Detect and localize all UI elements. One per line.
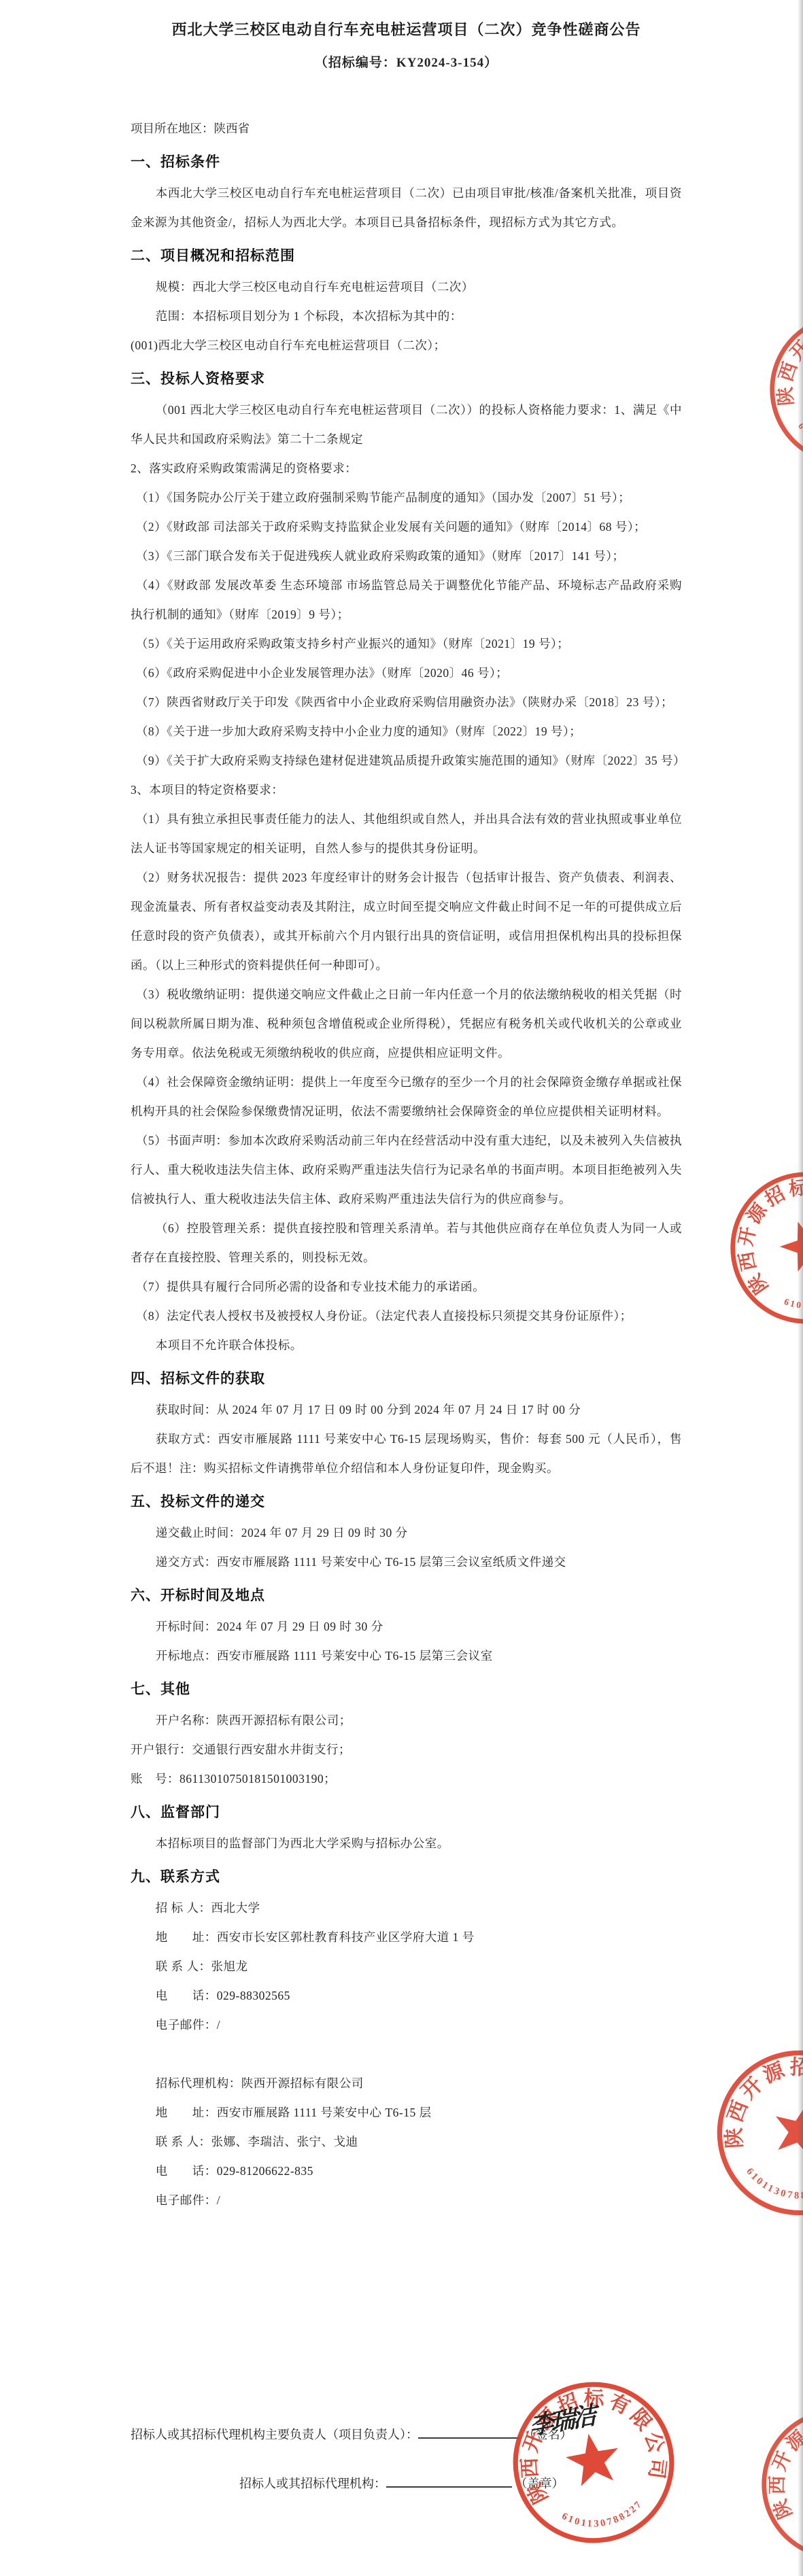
paragraph: 电 话：029-81206622-835 [131,2157,682,2186]
paragraph: （8）法定代表人授权书及被授权人身份证。（法定代表人直接投标只须提交其身份证原件… [131,1302,682,1331]
svg-text:6101130788227: 6101130788227 [558,2497,647,2536]
paragraph: 2、落实政府采购政策需满足的资格要求： [131,454,682,483]
section-heading: 三、投标人资格要求 [131,364,682,394]
paragraph: 电 话：029-88302565 [131,1981,682,2011]
paragraph: 招 标 人：西北大学 [131,1894,682,1923]
paragraph: （5）《关于运用政府采购政策支持乡村产业振兴的通知》（财库〔2021〕19 号）… [131,629,682,659]
partial-seal-corner-icon: 陕西开源招标有限公司 6101130788227 [751,2399,803,2571]
project-region: 项目所在地区：陕西省 [131,114,682,143]
svg-text:陕西开源招标有限公司: 陕西开源招标有限公司 [759,2406,803,2523]
paragraph: （5）书面声明：参加本次政府采购活动前三年内在经营活动中没有重大违纪，以及未被列… [131,1126,682,1214]
section-heading: 九、联系方式 [131,1862,682,1892]
paragraph: 地 址：西安市长安区郭杜教育科技产业区学府大道 1 号 [131,1923,682,1952]
paragraph: 开标时间：2024 年 07 月 29 日 09 时 30 分 [131,1612,682,1641]
paragraph: 递交截止时间：2024 年 07 月 29 日 09 时 30 分 [131,1518,682,1548]
section-heading: 八、监督部门 [131,1798,682,1828]
paragraph: 3、本项目的特定资格要求： [131,776,682,805]
section-heading: 六、开标时间及地点 [131,1581,682,1611]
paragraph: 电子邮件：/ [131,2186,682,2215]
paragraph: （9）《关于扩大政府采购支持绿色建材促进建筑品质提升政策实施范围的通知》（财库〔… [131,746,682,776]
paragraph: 招标代理机构：陕西开源招标有限公司 [131,2069,682,2098]
paragraph: （7）提供具有履行合同所必需的设备和专业技术能力的承诺函。 [131,1272,682,1302]
paragraph: （2）《财政部 司法部关于政府采购支持监狱企业发展有关问题的通知》（财库〔201… [131,512,682,542]
signature-blank-line [418,2426,520,2439]
paragraph: （3）《三部门联合发布关于促进残疾人就业政府采购政策的通知》（财库〔2017〕1… [131,542,682,571]
paragraph: （6）《政府采购促进中小企业发展管理办法》（财库〔2020〕46 号）； [131,659,682,688]
section-heading: 一、招标条件 [131,147,682,177]
document-title: 西北大学三校区电动自行车充电桩运营项目（二次）竞争性磋商公告 [131,18,682,42]
paragraph: （4）《财政部 发展改革委 生态环境部 市场监管总局关于调整优化节能产品、环境标… [131,571,682,629]
paragraph: 本招标项目的监督部门为西北大学采购与招标办公室。 [131,1829,682,1858]
paragraph: （4）社会保障资金缴纳证明：提供上一年度至今已缴存的至少一个月的社会保障资金缴存… [131,1068,682,1126]
paragraph: 地 址：西安市雁展路 1111 号莱安中心 T6-15 层 [131,2098,682,2127]
paragraph: 规模：西北大学三校区电动自行车充电桩运营项目（二次） [131,273,682,302]
paragraph: 本西北大学三校区电动自行车充电桩运营项目（二次）已由项目审批/核准/备案机关批准… [131,179,682,237]
agency-stamp-suffix: （盖章） [515,2477,564,2490]
paragraph: 联 系 人：张娜、李瑞洁、张宁、戈迪 [131,2127,682,2157]
paragraph: 电子邮件：/ [131,2011,682,2040]
section-heading: 四、招标文件的获取 [131,1364,682,1394]
paragraph: 账 号：86113010750181501003190； [131,1764,682,1794]
paragraph: （8）《关于进一步加大政府采购支持中小企业力度的通知》（财库〔2022〕19 号… [131,717,682,746]
paragraph: 联 系 人：张旭龙 [131,1952,682,1981]
scan-edge-shadow [798,0,803,2576]
paragraph: （001 西北大学三校区电动自行车充电桩运营项目（二次））的投标人资格能力要求：… [131,396,682,454]
document-body: 一、招标条件本西北大学三校区电动自行车充电桩运营项目（二次）已由项目审批/核准/… [131,147,682,2215]
section-heading: 二、项目概况和招标范围 [131,241,682,271]
stamp-blank-line [386,2475,512,2488]
section-heading: 五、投标文件的递交 [131,1487,682,1517]
principal-signature-label: 招标人或其招标代理机构主要负责人（项目负责人）： [131,2428,418,2441]
signature-block: 招标人或其招标代理机构主要负责人（项目负责人）： （签名） 招标人或其招标代理机… [131,2425,701,2493]
agency-stamp-label: 招标人或其招标代理机构： [239,2477,386,2490]
principal-signature-line: 招标人或其招标代理机构主要负责人（项目负责人）： （签名） [131,2425,701,2444]
paragraph: 获取方式：西安市雁展路 1111 号莱安中心 T6-15 层现场购买，售价：每套… [131,1425,682,1483]
paragraph: 获取时间：从 2024 年 07 月 17 日 09 时 00 分到 2024 … [131,1395,682,1425]
paragraph [131,2040,682,2069]
paragraph: （1）具有独立承担民事责任能力的法人、其他组织或自然人，并出具合法有效的营业执照… [131,805,682,863]
agency-stamp-line: 招标人或其招标代理机构： （盖章） [239,2474,701,2493]
paragraph: 范围：本招标项目划分为 1 个标段，本次招标为其中的： [131,302,682,331]
section-heading: 七、其他 [131,1675,682,1705]
paragraph: （7）陕西省财政厅关于印发《陕西省中小企业政府采购信用融资办法》（陕财办采〔20… [131,688,682,717]
paragraph: （2）财务状况报告：提供 2023 年度经审计的财务会计报告（包括审计报告、资产… [131,863,682,980]
paragraph: （3）税收缴纳证明：提供递交响应文件截止之日前一年内任意一个月的依法缴纳税收的相… [131,980,682,1068]
paragraph: （1）《国务院办公厅关于建立政府强制采购节能产品制度的通知》（国办发〔2007〕… [131,483,682,512]
document-page: 西北大学三校区电动自行车充电桩运营项目（二次）竞争性磋商公告 （招标编号：KY2… [0,0,803,2576]
paragraph: 开户名称：陕西开源招标有限公司； [131,1706,682,1735]
paragraph: 开标地点：西安市雁展路 1111 号莱安中心 T6-15 层第三会议室 [131,1641,682,1671]
paragraph: (001)西北大学三校区电动自行车充电桩运营项目（二次）； [131,331,682,360]
paragraph: 本项目不允许联合体投标。 [131,1331,682,1360]
document-content: 西北大学三校区电动自行车充电桩运营项目（二次）竞争性磋商公告 （招标编号：KY2… [0,0,803,2215]
paragraph: 开户银行：交通银行西安甜水井街支行； [131,1735,682,1764]
paragraph: （6）控股管理关系：提供直接控股和管理关系清单。若与其他供应商存在单位负责人为同… [131,1214,682,1272]
paragraph: 递交方式：西安市雁展路 1111 号莱安中心 T6-15 层第三会议室纸质文件递… [131,1548,682,1577]
bid-number: （招标编号：KY2024-3-154） [131,53,682,73]
